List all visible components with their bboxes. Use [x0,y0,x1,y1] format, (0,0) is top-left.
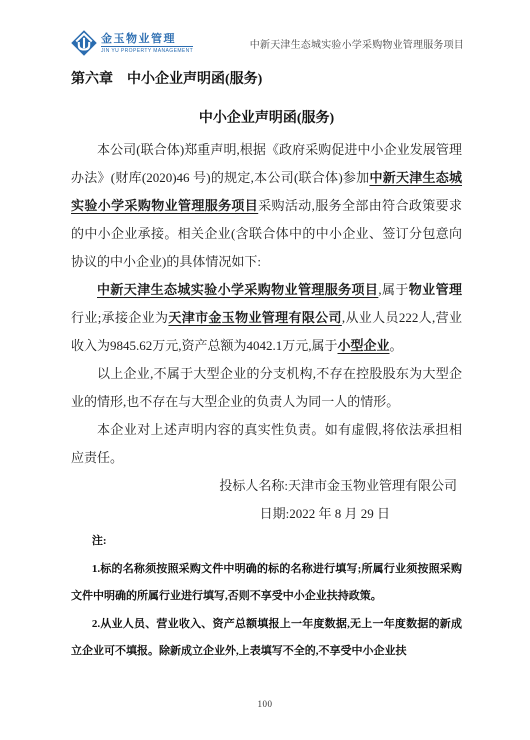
note-item-2: 2.从业人员、营业收入、资产总额填报上一年度数据,无上一年度数据的新成立企业可不… [71,611,462,666]
header-project-title: 中新天津生态城实验小学采购物业管理服务项目 [250,36,464,51]
diamond-gem-icon [71,30,97,56]
bidder-label: 投标人名称: [219,478,288,493]
p2-company-name: 天津市金玉物业管理有限公司 [168,310,341,325]
document-title: 中小企业声明函(服务) [71,105,462,133]
note-item-1: 1.标的名称须按照采购文件中明确的标的名称进行填写;所属行业须按照采购文件中明确… [71,556,462,611]
company-logo: 金玉物业管理 JIN YU PROPERTY MANAGEMENT [71,30,193,56]
paragraph-declaration: 本公司(联合体)郑重声明,根据《政府采购促进中小企业发展管理办法》(财库(202… [71,136,462,276]
notes-section: 注: 1.标的名称须按照采购文件中明确的标的名称进行填写;所属行业须按照采购文件… [71,528,462,666]
date-label: 日期: [260,506,290,521]
bidder-name: 天津市金玉物业管理有限公司 [288,478,457,493]
paragraph-no-affiliation: 以上企业,不属于大型企业的分支机构,不存在控股股东为大型企业的情形,也不存在与大… [71,360,462,416]
page-header: 金玉物业管理 JIN YU PROPERTY MANAGEMENT 中新天津生态… [71,30,464,56]
logo-brand-name: 金玉物业管理 [101,33,193,46]
page-number: 100 [0,699,530,709]
p2-project-name: 中新天津生态城实验小学采购物业管理服务项目 [97,282,378,297]
notes-heading: 注: [71,528,462,556]
document-page: 金玉物业管理 JIN YU PROPERTY MANAGEMENT 中新天津生态… [0,0,530,740]
date-line: 日期:2022 年 8 月 29 日 [71,500,462,528]
bidder-name-line: 投标人名称:天津市金玉物业管理有限公司 [71,472,462,500]
p2-period: 。 [390,338,403,353]
p2-belongs-text: ,属于 [378,282,408,297]
paragraph-responsibility: 本企业对上述声明内容的真实性负责。如有虚假,将依法承担相应责任。 [71,416,462,472]
p2-industry: 物业管理 [409,282,462,297]
p2-enterprise-size: 小型企业 [338,338,390,353]
document-body: 中小企业声明函(服务) 本公司(联合体)郑重声明,根据《政府采购促进中小企业发展… [71,105,462,666]
logo-text-block: 金玉物业管理 JIN YU PROPERTY MANAGEMENT [101,33,193,54]
date-value: 2022 年 8 月 29 日 [289,506,390,521]
paragraph-enterprise-info: 中新天津生态城实验小学采购物业管理服务项目,属于物业管理行业;承接企业为天津市金… [71,276,462,360]
chapter-heading: 第六章 中小企业声明函(服务) [71,68,262,88]
p2-industry-tail-text: 行业;承接企业为 [71,310,168,325]
logo-brand-subtitle: JIN YU PROPERTY MANAGEMENT [101,46,193,54]
